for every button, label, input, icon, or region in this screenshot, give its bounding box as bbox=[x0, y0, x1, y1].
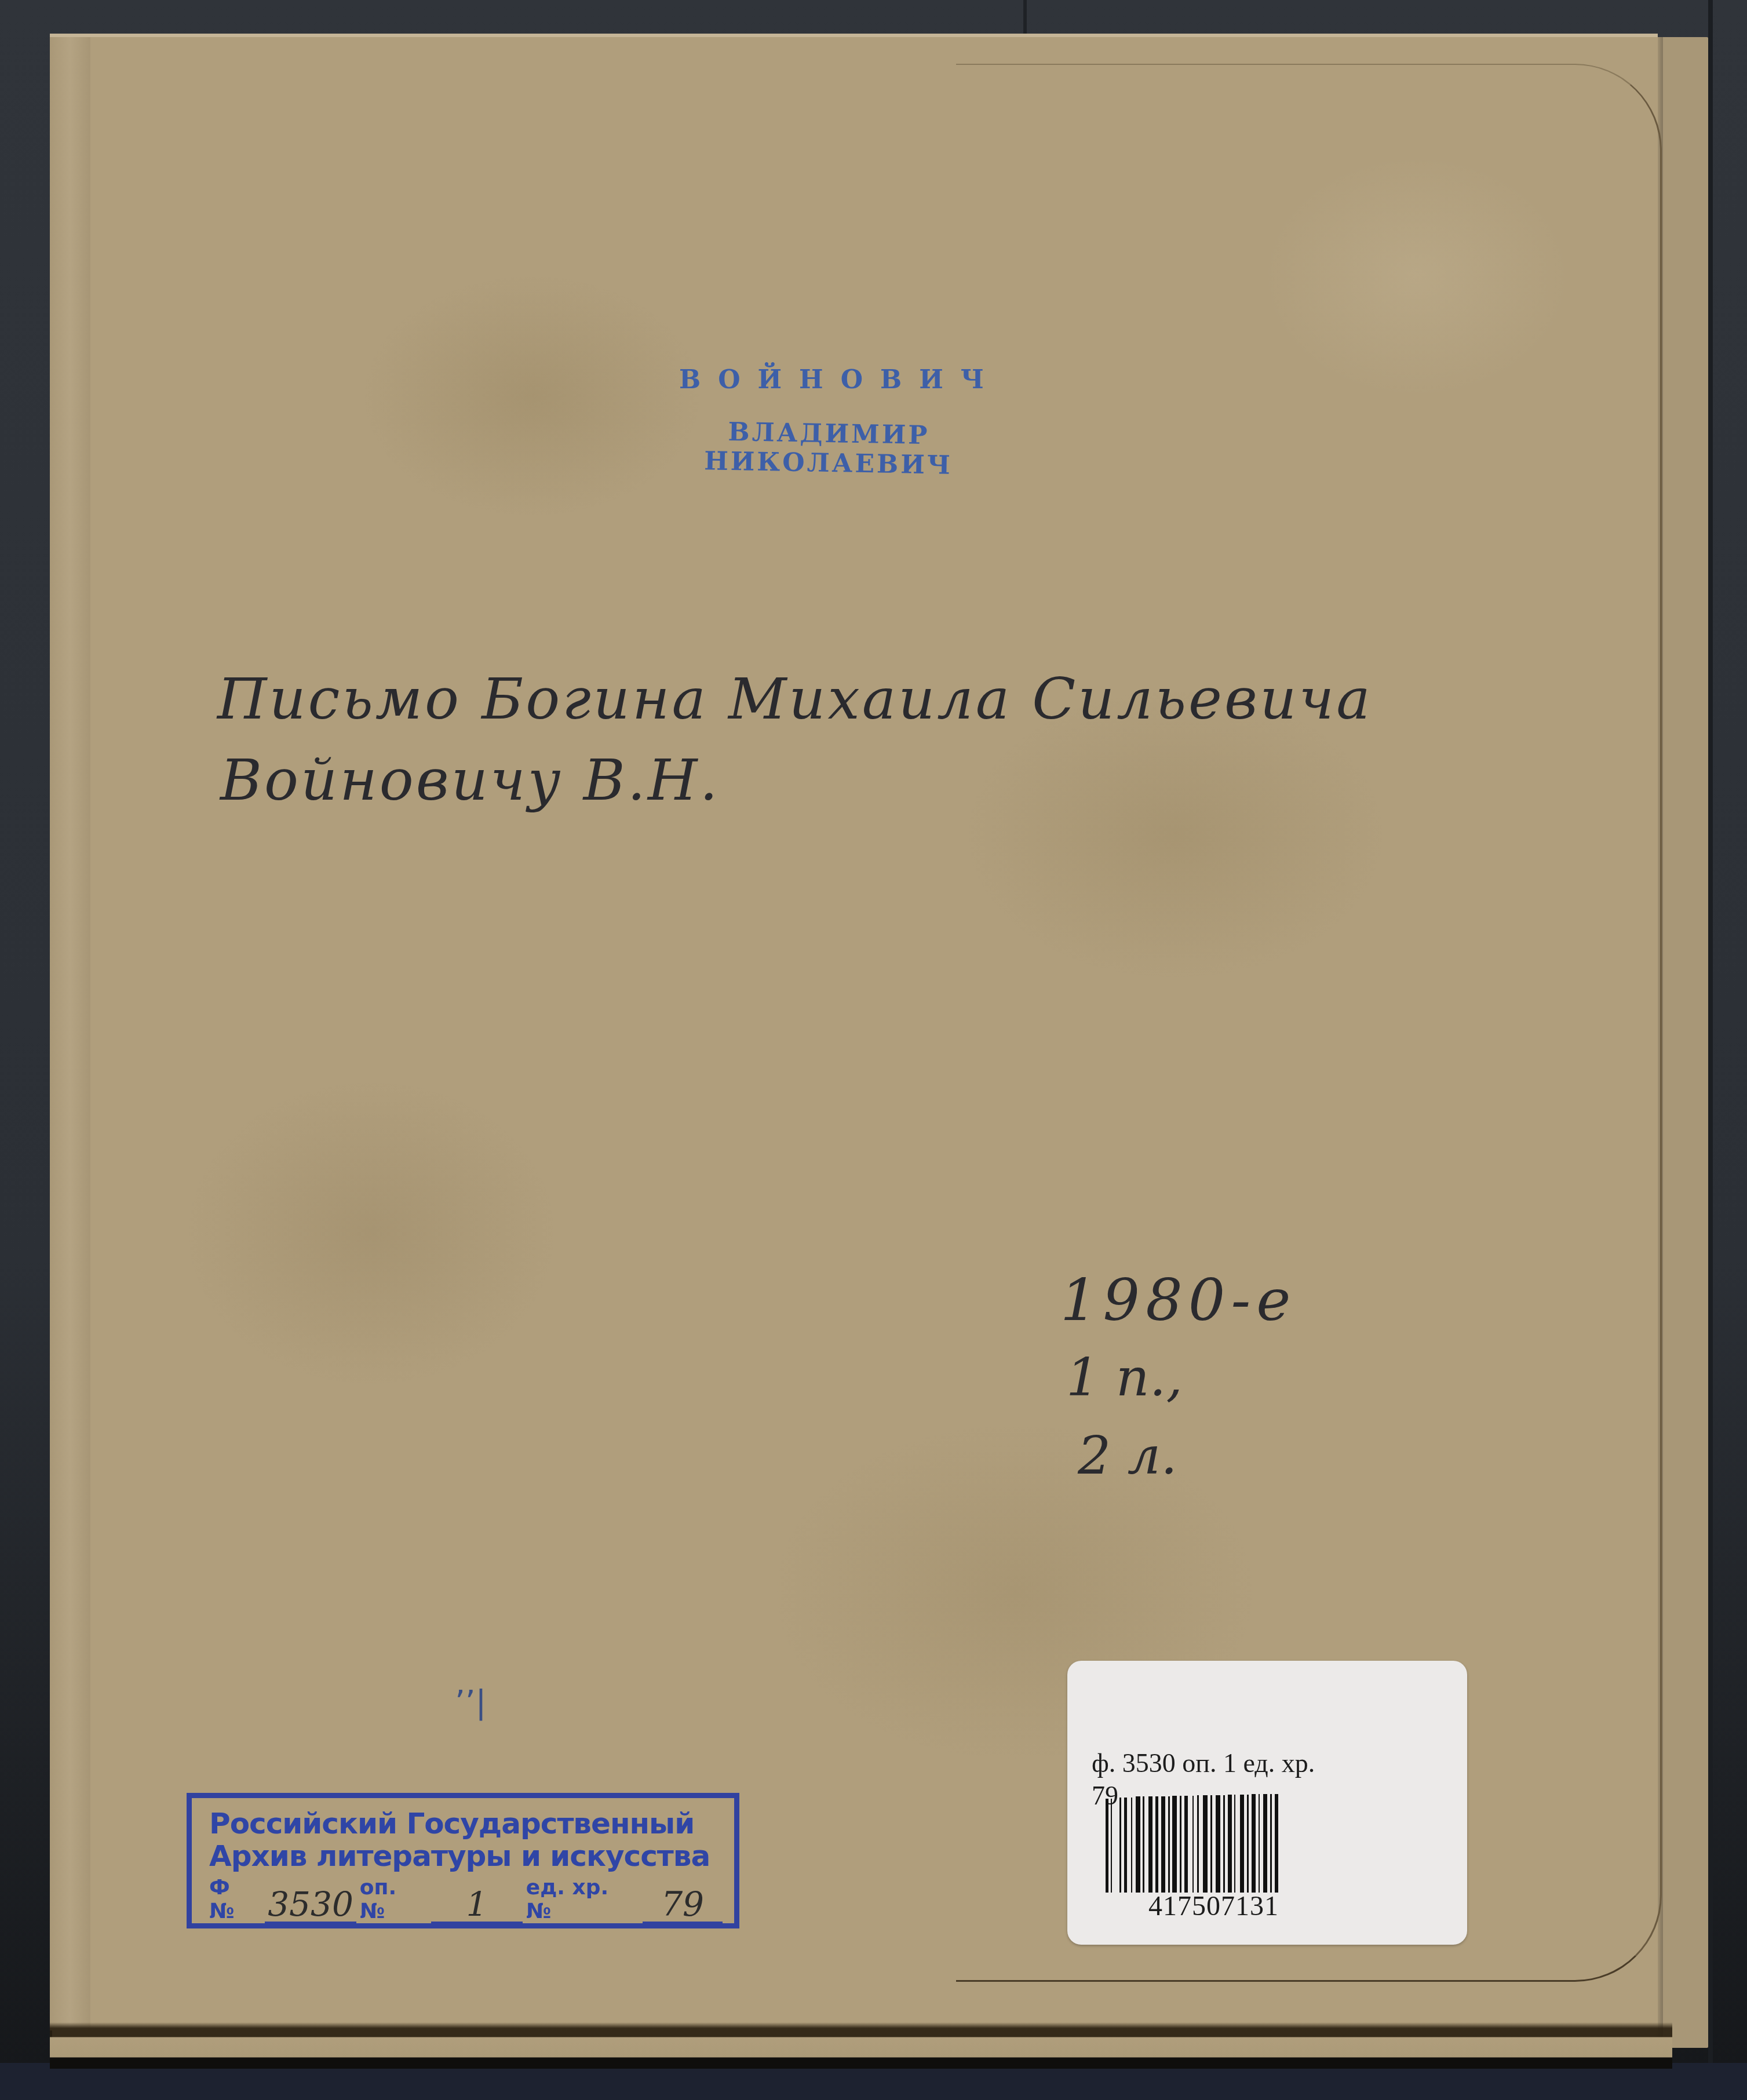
archive-name-line2: Архив литературы и искусства bbox=[209, 1840, 723, 1872]
fond-label: Ф № bbox=[209, 1876, 261, 1923]
archive-stamp: Российский Государственный Архив литерат… bbox=[187, 1793, 739, 1928]
author-given-names: ВЛАДИМИР НИКОЛАЕВИЧ bbox=[625, 415, 1032, 482]
barcode-number: 417507131 bbox=[1148, 1890, 1279, 1922]
handwritten-sheets-count: 2 л. bbox=[1078, 1425, 1177, 1486]
handwritten-date: 1980-е bbox=[1060, 1266, 1296, 1334]
author-stamp: ВОЙНОВИЧ ВЛАДИМИР НИКОЛАЕВИЧ bbox=[626, 365, 1031, 478]
backdrop-seam bbox=[1023, 0, 1027, 37]
handwritten-title-line2: Войновичу В.Н. bbox=[220, 748, 720, 814]
cover-fold-edge bbox=[50, 37, 90, 2030]
label-reference-line1: ф. 3530 оп. 1 ед. хр. bbox=[1092, 1748, 1315, 1778]
opis-value: 1 bbox=[431, 1887, 523, 1923]
ink-mark: ’’| bbox=[455, 1683, 490, 1718]
author-surname: ВОЙНОВИЧ bbox=[649, 365, 1031, 395]
item-value: 79 bbox=[643, 1887, 723, 1923]
archive-name-line1: Российский Государственный bbox=[209, 1807, 723, 1840]
bottom-edge-shadow bbox=[50, 2011, 1672, 2069]
backdrop-seam-right bbox=[1708, 0, 1713, 2100]
barcode-label: ф. 3530 оп. 1 ед. хр. 79 417507131 bbox=[1067, 1661, 1467, 1945]
handwritten-pieces-count: 1 п., bbox=[1066, 1347, 1183, 1408]
archive-reference-row: Ф № 3530 оп. № 1 ед. хр. № 79 bbox=[209, 1876, 723, 1923]
fond-value: 3530 bbox=[265, 1887, 356, 1923]
handwritten-title-line1: Письмо Богина Михаила Сильевича bbox=[217, 666, 1373, 732]
barcode-icon bbox=[1106, 1794, 1279, 1893]
item-label: ед. хр. № bbox=[526, 1876, 639, 1923]
opis-label: оп. № bbox=[360, 1876, 428, 1923]
